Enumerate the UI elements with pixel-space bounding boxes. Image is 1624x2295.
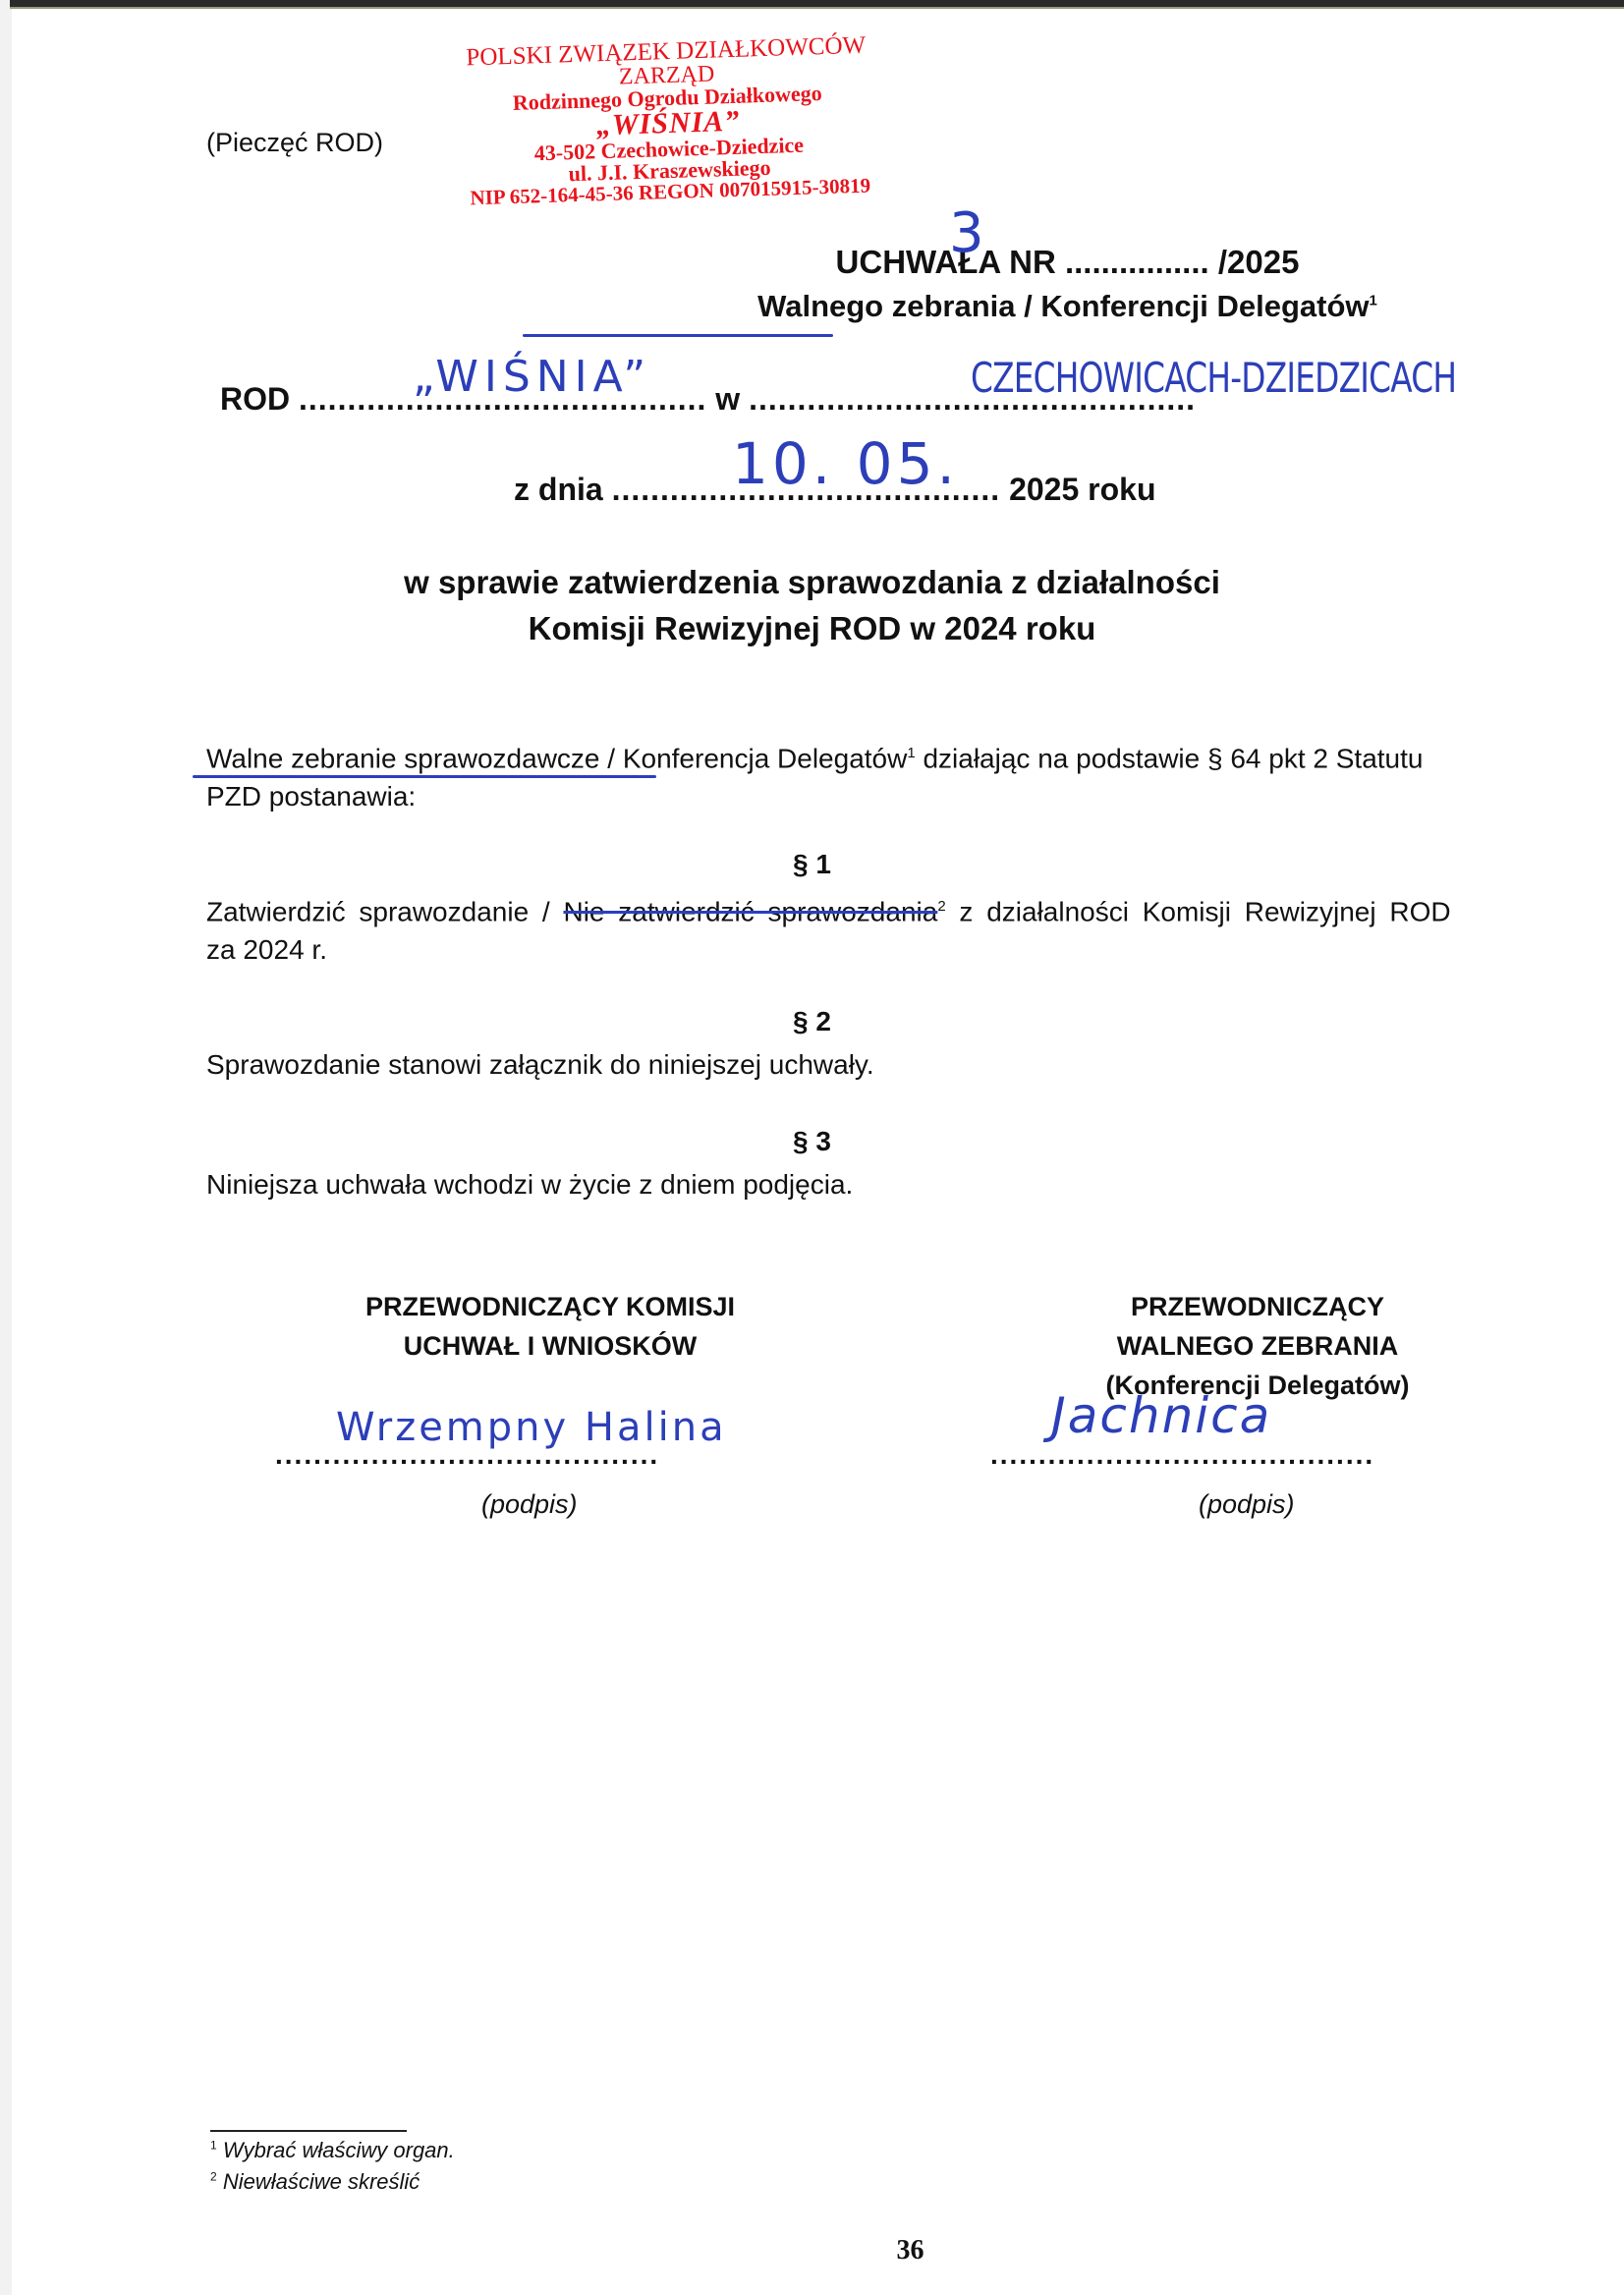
- subject-line-2: Komisji Rewizyjnej ROD w 2024 roku: [0, 610, 1624, 647]
- handwritten-signature-right: Jachnica: [1051, 1387, 1271, 1444]
- resolution-title: UCHWAŁA NR ................ /2025: [0, 244, 1624, 281]
- intro-part-2: działając na podstawie § 64 pkt 2 Statut…: [916, 743, 1424, 773]
- w-label: w: [715, 381, 740, 417]
- footnote-1-num: 1: [210, 2139, 217, 2153]
- footnote-1-text: Wybrać właściwy organ.: [223, 2138, 455, 2162]
- section-3-heading: § 3: [0, 1126, 1624, 1157]
- footnote-1: 1 Wybrać właściwy organ.: [210, 2138, 455, 2163]
- sig-left-line-2: UCHWAŁ I WNIOSKÓW: [275, 1326, 825, 1366]
- section-2-heading: § 2: [0, 1006, 1624, 1037]
- s1-text-after: z działalności Komisji Rewizyjnej ROD: [946, 896, 1451, 926]
- seal-label: (Pieczęć ROD): [206, 128, 383, 158]
- intro-part-1: Walne zebranie sprawozdawcze / Konferenc…: [206, 743, 907, 773]
- rod-label: ROD: [220, 381, 290, 417]
- section-3-text: Niniejsza uchwała wchodzi w życie z dnie…: [206, 1165, 1582, 1203]
- title-suffix: /2025: [1218, 244, 1300, 280]
- s1-line-2: za 2024 r.: [206, 930, 1582, 969]
- section-1-text: Zatwierdzić sprawozdanie / Nie zatwierdz…: [206, 887, 1582, 969]
- sig-left-line-1: PRZEWODNICZĄCY KOMISJI: [275, 1287, 825, 1326]
- page-number: 36: [0, 2235, 1624, 2267]
- subtitle-text: Walnego zebrania / Konferencji Delegatów: [757, 289, 1369, 323]
- footnote-ref-1: 1: [1370, 293, 1377, 309]
- organization-stamp: POLSKI ZWIĄZEK DZIAŁKOWCÓW ZARZĄD Rodzin…: [430, 32, 907, 210]
- s1-struck-option: Nie zatwierdzić sprawozdania: [563, 896, 937, 926]
- handwritten-rod-name: „WIŚNIA”: [413, 352, 651, 402]
- title-prefix: UCHWAŁA NR: [836, 244, 1056, 280]
- s1-text-before: Zatwierdzić sprawozdanie /: [206, 896, 563, 926]
- date-suffix: 2025 roku: [1009, 472, 1155, 507]
- footnote-ref-1b: 1: [907, 745, 915, 761]
- sig-right-line-1: PRZEWODNICZĄCY: [982, 1287, 1533, 1326]
- scan-top-border-line: [10, 7, 1624, 9]
- handwritten-underline: [523, 334, 833, 337]
- signature-left-title: PRZEWODNICZĄCY KOMISJI UCHWAŁ I WNIOSKÓW: [275, 1287, 825, 1366]
- handwritten-resolution-number: 3: [949, 201, 984, 265]
- signature-right-caption: (podpis): [1199, 1489, 1295, 1520]
- footnote-2-num: 2: [210, 2170, 217, 2184]
- handwritten-underline-2: [193, 775, 656, 778]
- footnote-ref-2: 2: [937, 898, 945, 915]
- signature-left-dots: ........................................: [275, 1439, 659, 1471]
- footnote-2-text: Niewłaściwe skreślić: [223, 2169, 420, 2194]
- scan-top-border: [10, 0, 1624, 7]
- subject-line-1: w sprawie zatwierdzenia sprawozdania z d…: [0, 564, 1624, 601]
- footnote-2: 2 Niewłaściwe skreślić: [210, 2169, 420, 2195]
- resolution-subtitle: Walnego zebrania / Konferencji Delegatów…: [0, 289, 1624, 324]
- section-2-text: Sprawozdanie stanowi załącznik do niniej…: [206, 1045, 1582, 1084]
- section-1-heading: § 1: [0, 849, 1624, 880]
- sig-right-line-2: WALNEGO ZEBRANIA: [982, 1326, 1533, 1366]
- intro-line-2: PZD postanawia:: [206, 777, 1582, 815]
- title-dots: ................: [1065, 244, 1209, 280]
- signature-left-caption: (podpis): [481, 1489, 578, 1520]
- date-label: z dnia: [514, 472, 603, 507]
- handwritten-date: 10. 05.: [732, 430, 959, 497]
- signature-right-dots: ........................................: [990, 1439, 1374, 1471]
- handwritten-place: CZECHOWICACH-DZIEDZICACH: [971, 354, 1456, 402]
- footnote-separator: [210, 2130, 407, 2132]
